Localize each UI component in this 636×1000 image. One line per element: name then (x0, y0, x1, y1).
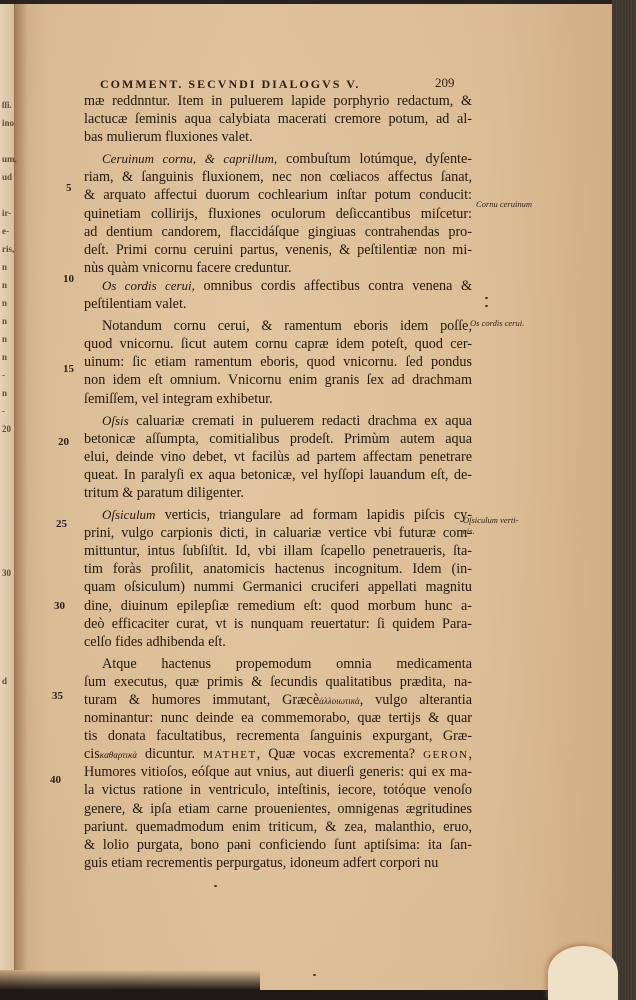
text-line: nominantur: nunc deinde ea commemorabo, … (84, 709, 472, 727)
text-run: riam, & ſanguinis fluxionem, nec non cœl… (84, 169, 472, 185)
text-run: bas mulierum fluxiones valet. (84, 129, 253, 145)
text-run: ad dentium candorem, flaccidáſque gingiu… (84, 224, 472, 240)
facing-fragment: n (2, 348, 14, 366)
speaker-name: MATHET (203, 749, 257, 761)
text-run: omnibus cordis affectibus contra venena … (195, 278, 472, 294)
text-run: quinetiam collirijs, fluxiones oculorum … (84, 206, 472, 222)
page-number: 209 (435, 75, 455, 91)
greek-term: καθαρτικὰ (100, 750, 137, 760)
text-run: deò efficaciter curat, vt is nunquam reu… (84, 616, 472, 632)
text-run: & lolio purgata, bono pani conficiendo ſ… (84, 837, 472, 853)
text-line: tis donata facultatibus, recrementa ſang… (84, 727, 472, 745)
text-run: prini, vulgo carpionis dicti, in caluari… (84, 525, 472, 541)
line-number: 15 (63, 363, 74, 375)
text-line: ſemiſſem, vel integram exhibetur. (84, 390, 472, 408)
text-run: queat. In paralyſi ex aqua betonicæ, vel… (84, 467, 472, 483)
text-run: turam & humores immutant, Græcè (84, 692, 319, 708)
facing-fragment: n (2, 276, 14, 294)
text-run: quam oſsiculum) nummi Germanici crucifer… (84, 579, 472, 595)
text-run: , Quæ vocas excrementa? (257, 746, 423, 762)
text-line: Humores vitioſos, eóſque aut vnius, aut … (84, 763, 472, 781)
text-line: ad dentium candorem, flaccidáſque gingiu… (84, 223, 472, 241)
text-line: quod vnicornu. ſicut autem cornu capræ i… (84, 335, 472, 353)
facing-fragment (2, 528, 14, 546)
facing-fragment (2, 636, 14, 654)
text-run: ſum executus, quæ primis & ſecundis qual… (84, 674, 472, 690)
text-run: & arquato affectui duorum cochlearium in… (84, 187, 472, 203)
text-run: Atque hactenus propemodum omnia medicame… (102, 656, 472, 672)
text-run: , (468, 746, 472, 762)
rubric-term: Os cordis cerui, (102, 278, 195, 293)
text-run: uinum: ſic etiam ramentum eboris, quod v… (84, 354, 472, 370)
top-page-edge (0, 0, 636, 4)
text-line: Notandum cornu cerui, & ramentum eboris … (84, 317, 472, 335)
line-number: 10 (63, 273, 74, 285)
text-line: cisκαθαρτικὰ dicuntur. MATHET, Quæ vocas… (84, 745, 472, 763)
text-line: mittuntur, intus ſubſiſtit. Id, vbi illa… (84, 542, 472, 560)
body-text: mæ reddnntur. Item in puluerem lapide po… (84, 92, 472, 872)
text-run: combuſtum lotúmque, dyſente- (277, 151, 472, 167)
text-run: dine, diuinum epilepſiæ remedium eſt: qu… (84, 598, 472, 614)
text-line: dine, diuinum epilepſiæ remedium eſt: qu… (84, 597, 472, 615)
text-line: quam oſsiculum) nummi Germanici crucifer… (84, 578, 472, 596)
text-line: bas mulierum fluxiones valet. (84, 128, 472, 146)
facing-fragment: - (2, 366, 14, 384)
facing-fragment (2, 456, 14, 474)
text-run: caluariæ cremati in puluerem redacti dra… (129, 413, 472, 429)
facing-fragment: ino (2, 114, 14, 132)
text-line: deſt. Primi cornu ceruini partus, veneni… (84, 241, 472, 259)
text-run: Humores vitioſos, eóſque aut vnius, aut … (84, 764, 472, 780)
fore-edge (612, 0, 636, 1000)
text-line: quinetiam collirijs, fluxiones oculorum … (84, 205, 472, 223)
facing-fragment: d (2, 672, 14, 690)
text-line: mæ reddnntur. Item in puluerem lapide po… (84, 92, 472, 110)
running-head: COMMENT. SECVNDI DIALOGVS V. (100, 77, 460, 92)
line-number: 35 (52, 690, 63, 702)
text-line: non idem eſt omnium. Vnicornu enim grani… (84, 371, 472, 389)
facing-fragment: ir- (2, 204, 14, 222)
line-number: 20 (58, 436, 69, 448)
gutter-shadow (14, 0, 28, 970)
text-run: betonicæ aſſumpta, comitialibus prodeſt.… (84, 431, 472, 447)
facing-fragment (2, 474, 14, 492)
text-run: nominantur: nunc deinde ea commemorabo, … (84, 710, 472, 726)
text-line: elui, deinde vino debet, vt facilùs ad p… (84, 448, 472, 466)
text-line: pariunt. quemadmodum enim triticum, & ze… (84, 818, 472, 836)
text-run: cis (84, 746, 100, 762)
marginal-note: Cornu ceruinum (476, 199, 532, 209)
facing-fragment: 30 (2, 564, 14, 582)
text-run: mittuntur, intus ſubſiſtit. Id, vbi illa… (84, 543, 472, 559)
facing-fragment: ud (2, 168, 14, 186)
text-run: mæ reddnntur. Item in puluerem lapide po… (84, 93, 472, 109)
paper-speck (485, 305, 488, 307)
facing-fragment (2, 186, 14, 204)
text-run: verticis, triangulare ad formam lapidis … (155, 507, 472, 523)
facing-fragment (2, 510, 14, 528)
text-run: tis donata facultatibus, recrementa ſang… (84, 728, 472, 744)
text-line: lactucæ ſeminis aqua calybiata macerati … (84, 110, 472, 128)
text-line: turam & humores immutant, Græcèἀλλοιωτικ… (84, 691, 472, 709)
text-line: tritum & paratum diligenter. (84, 484, 472, 502)
facing-fragment (2, 654, 14, 672)
text-line: Atque hactenus propemodum omnia medicame… (84, 655, 472, 673)
rubric-term: Oſsis (102, 413, 129, 428)
facing-fragment (2, 618, 14, 636)
facing-fragment: n (2, 384, 14, 402)
text-run: pariunt. quemadmodum enim triticum, & ze… (84, 819, 472, 835)
text-line: Os cordis cerui, omnibus cordis affectib… (84, 277, 472, 295)
text-line: Oſsiculum verticis, triangulare ad forma… (84, 506, 472, 524)
facing-fragment: n (2, 294, 14, 312)
facing-fragment: ris, (2, 240, 14, 258)
text-run: lactucæ ſeminis aqua calybiata macerati … (84, 111, 472, 127)
greek-term: ἀλλοιωτικὰ (319, 696, 360, 706)
text-run: Notandum cornu cerui, & ramentum eboris … (102, 318, 472, 334)
text-line: guis etiam recrementis perpurgatus, idon… (84, 854, 472, 872)
text-run: celſo fides adhibenda eſt. (84, 634, 226, 650)
line-number: 30 (54, 600, 65, 612)
facing-fragment (2, 546, 14, 564)
facing-fragment (2, 438, 14, 456)
facing-fragment (2, 132, 14, 150)
text-line: Ceruinum cornu, & caprillum, combuſtum l… (84, 150, 472, 168)
text-line: queat. In paralyſi ex aqua betonicæ, vel… (84, 466, 472, 484)
facing-fragment (2, 582, 14, 600)
marginal-note: Os cordis cerui. (470, 318, 524, 328)
paper-speck (240, 845, 243, 847)
text-line: tim foràs proſilit, anatomicis hactenus … (84, 560, 472, 578)
line-number: 25 (56, 518, 67, 530)
facing-page-fragments: ſſi.ino um,ud ir-e-ris,nnnnnn-n-20 30 d (2, 96, 14, 690)
text-line: & lolio purgata, bono pani conficiendo ſ… (84, 836, 472, 854)
text-line: betonicæ aſſumpta, comitialibus prodeſt.… (84, 430, 472, 448)
text-line: celſo fides adhibenda eſt. (84, 633, 472, 651)
marginal-note: Oſsiculum verti- (463, 515, 518, 525)
paper-speck (313, 974, 316, 976)
text-run: guis etiam recrementis perpurgatus, idon… (84, 855, 438, 871)
facing-fragment (2, 492, 14, 510)
text-line: deò efficaciter curat, vt is nunquam reu… (84, 615, 472, 633)
text-run: la victus ratione in ventriculo, inteſti… (84, 782, 472, 798)
text-run: genere, & ipſa etiam carne prouenientes,… (84, 801, 472, 817)
text-run: ſemiſſem, vel integram exhibetur. (84, 391, 273, 407)
text-line: riam, & ſanguinis fluxionem, nec non cœl… (84, 168, 472, 186)
text-run: peſtilentiam valet. (84, 296, 186, 312)
text-run: nùs quàm vnicornu facere creduntur. (84, 260, 292, 276)
facing-fragment: n (2, 258, 14, 276)
paper-speck (485, 297, 488, 299)
facing-fragment: n (2, 312, 14, 330)
paper-speck (214, 885, 217, 887)
rubric-term: Ceruinum cornu, & caprillum, (102, 151, 277, 166)
text-line: genere, & ipſa etiam carne prouenientes,… (84, 800, 472, 818)
facing-page-edge: ſſi.ino um,ud ir-e-ris,nnnnnn-n-20 30 d (0, 0, 15, 970)
text-run: non idem eſt omnium. Vnicornu enim grani… (84, 372, 472, 388)
rubric-term: Oſsiculum (102, 507, 155, 522)
text-run: tim foràs proſilit, anatomicis hactenus … (84, 561, 472, 577)
text-run: tritum & paratum diligenter. (84, 485, 244, 501)
facing-fragment: um, (2, 150, 14, 168)
text-run: , vulgo alterantia (360, 692, 472, 708)
facing-fragment (2, 600, 14, 618)
text-line: ſum executus, quæ primis & ſecundis qual… (84, 673, 472, 691)
bottom-shadow (0, 970, 260, 990)
text-line: peſtilentiam valet. (84, 295, 472, 313)
facing-fragment: n (2, 330, 14, 348)
marginal-note: cis. (463, 526, 475, 536)
book-page: ſſi.ino um,ud ir-e-ris,nnnnnn-n-20 30 d … (0, 0, 612, 990)
text-run: dicuntur. (137, 746, 203, 762)
line-number: 40 (50, 774, 61, 786)
text-line: & arquato affectui duorum cochlearium in… (84, 186, 472, 204)
paper-stain (548, 946, 618, 1000)
text-line: la victus ratione in ventriculo, inteſti… (84, 781, 472, 799)
facing-fragment: e- (2, 222, 14, 240)
text-run: elui, deinde vino debet, vt facilùs ad p… (84, 449, 472, 465)
text-line: prini, vulgo carpionis dicti, in caluari… (84, 524, 472, 542)
text-line: Oſsis caluariæ cremati in puluerem redac… (84, 412, 472, 430)
text-line: nùs quàm vnicornu facere creduntur. (84, 259, 472, 277)
line-number: 5 (66, 182, 72, 194)
text-line: uinum: ſic etiam ramentum eboris, quod v… (84, 353, 472, 371)
facing-fragment: 20 (2, 420, 14, 438)
facing-fragment: ſſi. (2, 96, 14, 114)
text-run: deſt. Primi cornu ceruini partus, veneni… (84, 242, 472, 258)
facing-fragment: - (2, 402, 14, 420)
text-run: quod vnicornu. ſicut autem cornu capræ i… (84, 336, 472, 352)
speaker-name: GERON (423, 749, 468, 761)
